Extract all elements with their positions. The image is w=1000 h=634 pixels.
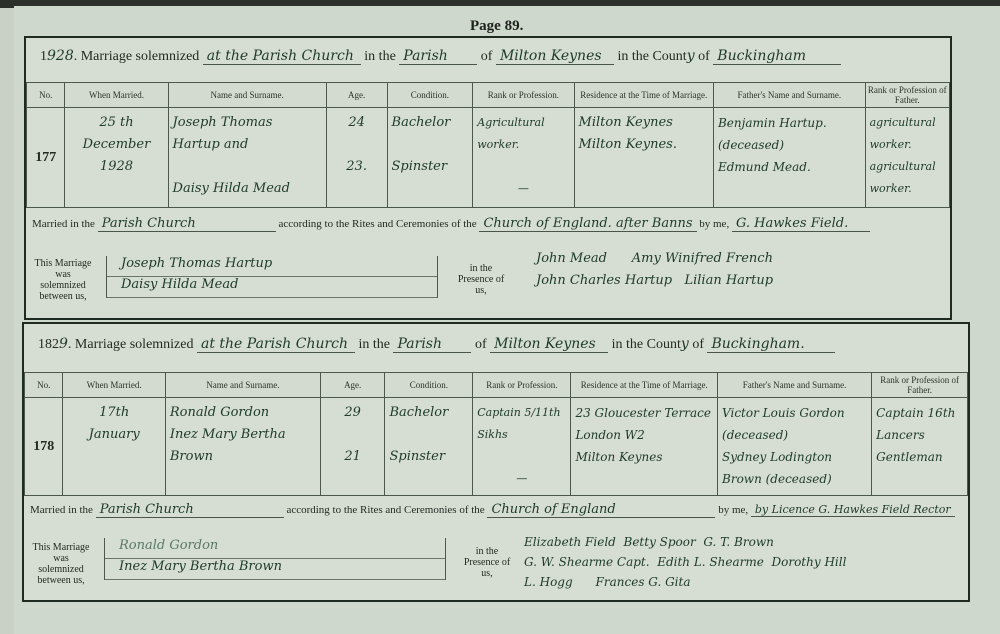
father-professions: Captain 16th Lancers Gentleman (872, 398, 968, 496)
names: Ronald Gordon Inez Mary Bertha Brown (165, 398, 320, 496)
witness: Elizabeth Field (524, 535, 616, 549)
label-by-me: by me, (699, 218, 729, 230)
witnesses: Elizabeth Field Betty Spoor G. T. Brown … (524, 532, 846, 592)
col-profession: Rank or Profession. (473, 83, 574, 108)
groom-age: 24 (331, 112, 383, 134)
month: December (69, 134, 163, 156)
witness: Frances G. Gita (596, 575, 691, 589)
county-suffix: y (681, 336, 689, 352)
professions: Agricultural worker. — (473, 108, 574, 208)
entry-header: 1829. Marriage solemnized at the Parish … (38, 336, 835, 353)
bride-name: Daisy Hilda Mead (173, 178, 322, 200)
witness: Dorothy Hill (772, 555, 847, 569)
groom-residence: 23 Gloucester Terrace London W2 (575, 402, 713, 446)
county-name: Buckingham. (707, 336, 835, 353)
label-in-the: in the (364, 49, 396, 64)
col-age: Age. (326, 83, 387, 108)
label-married-in: Married in the (30, 504, 93, 516)
groom-father-profession: Captain 16th Lancers (876, 402, 963, 446)
entry-header: 1928. Marriage solemnized at the Parish … (40, 48, 841, 65)
officiant: G. Hawkes Field. (732, 216, 870, 232)
bride-condition: Spinster (389, 446, 468, 468)
col-when: When Married. (63, 373, 165, 398)
residences: 23 Gloucester Terrace London W2 Milton K… (571, 398, 718, 496)
names: Joseph Thomas Hartup and Daisy Hilda Mea… (168, 108, 326, 208)
col-no: No. (25, 373, 63, 398)
page-number: Page 89. (470, 18, 523, 35)
bride-father-profession: agricultural worker. (870, 156, 945, 200)
marriage-entry-178: 1829. Marriage solemnized at the Parish … (22, 322, 970, 602)
officiant: by Licence G. Hawkes Field Rector (751, 503, 955, 517)
day: 25 th (69, 112, 163, 134)
label-by-me: by me, (718, 504, 748, 516)
label-of: of (481, 49, 493, 64)
couple-signatures: Ronald Gordon Inez Mary Bertha Brown (104, 538, 446, 580)
year-prefix: 182 (38, 337, 59, 352)
register-table: No. When Married. Name and Surname. Age.… (24, 372, 968, 496)
register-page: Page 89. 1928. Marriage solemnized at th… (14, 6, 1000, 634)
label-solemnized: Marriage solemnized (81, 49, 200, 64)
groom-father: Victor Louis Gordon (deceased) (722, 402, 867, 446)
rites: Church of England (487, 502, 715, 518)
father-professions: agricultural worker. agricultural worker… (865, 108, 949, 208)
county-suffix: y (687, 48, 695, 64)
col-profession: Rank or Profession. (473, 373, 571, 398)
witness: John Mead (536, 251, 607, 266)
bride-age: 21 (325, 446, 381, 468)
col-condition: Condition. (387, 83, 473, 108)
label-county: in the Count (617, 49, 686, 64)
day: 17th (67, 402, 160, 424)
residences: Milton Keynes Milton Keynes. (574, 108, 713, 208)
bride-residence: Milton Keynes (575, 446, 713, 468)
witness: G. W. Shearme Capt. (524, 555, 650, 569)
year-prefix: 1 (40, 49, 47, 64)
rites: Church of England. after Banns (479, 216, 696, 232)
bride-name: Inez Mary Bertha Brown (170, 424, 316, 468)
parish-type: Parish (399, 48, 477, 65)
entry-number: 178 (25, 398, 63, 496)
label-between: This Marriage was solemnized between us, (30, 542, 92, 586)
groom-signature: Joseph Thomas Hartup (107, 256, 437, 277)
conditions: Bachelor Spinster (385, 398, 473, 496)
col-name: Name and Surname. (168, 83, 326, 108)
witness: Lilian Hartup (684, 273, 773, 288)
label-county: in the Count (612, 337, 681, 352)
marriage-entry-177: 1928. Marriage solemnized at the Parish … (24, 36, 952, 320)
label-of2: of (698, 49, 710, 64)
register-table: No. When Married. Name and Surname. Age.… (26, 82, 950, 208)
witness: Betty Spoor (624, 535, 696, 549)
groom-condition: Bachelor (389, 402, 468, 424)
ceremony-line: Married in the Parish Church according t… (30, 502, 955, 518)
groom-name: Ronald Gordon (170, 402, 316, 424)
bride-signature: Inez Mary Bertha Brown (105, 559, 445, 580)
bride-profession: — (477, 178, 569, 200)
col-father: Father's Name and Surname. (718, 373, 872, 398)
married-in: Parish Church (98, 216, 276, 232)
entry-number: 177 (27, 108, 65, 208)
witnesses: John Mead Amy Winifred French John Charl… (536, 248, 773, 292)
bride-father-profession: Gentleman (876, 446, 963, 468)
groom-age: 29 (325, 402, 381, 424)
groom-name: Joseph Thomas Hartup and (173, 112, 322, 156)
bride-age: 23. (331, 156, 383, 178)
year-written: 928 (47, 48, 74, 64)
col-name: Name and Surname. (165, 373, 320, 398)
col-father-profession: Rank or Profession of Father. (865, 83, 949, 108)
place: at the Parish Church (197, 336, 355, 353)
label-between: This Marriage was solemnized between us, (32, 258, 94, 302)
groom-condition: Bachelor (392, 112, 469, 134)
table-row: 178 17th January Ronald Gordon Inez Mary… (25, 398, 968, 496)
bride-father: Sydney Lodington Brown (deceased) (722, 446, 867, 490)
col-when: When Married. (65, 83, 168, 108)
label-in-the: in the (358, 337, 390, 352)
bride-residence: Milton Keynes. (579, 134, 709, 156)
label-of2: of (692, 337, 704, 352)
year-written: 9 (59, 336, 68, 352)
bride-signature: Daisy Hilda Mead (107, 277, 437, 298)
col-condition: Condition. (385, 373, 473, 398)
label-presence: in the Presence of us, (462, 546, 512, 579)
ceremony-line: Married in the Parish Church according t… (32, 216, 870, 232)
witness: G. T. Brown (703, 535, 773, 549)
bride-profession: — (477, 468, 566, 490)
groom-father: Benjamin Hartup. (deceased) (718, 112, 861, 156)
witness: Amy Winifred French (632, 251, 773, 266)
ages: 24 23. (326, 108, 387, 208)
ages: 29 21 (320, 398, 385, 496)
col-no: No. (27, 83, 65, 108)
couple-signatures: Joseph Thomas Hartup Daisy Hilda Mead (106, 256, 438, 298)
professions: Captain 5/11th Sikhs — (473, 398, 571, 496)
table-row: 177 25 th December 1928 Joseph Thomas Ha… (27, 108, 950, 208)
groom-profession: Agricultural worker. (477, 112, 569, 156)
bride-father: Edmund Mead. (718, 156, 861, 178)
when-married: 17th January (63, 398, 165, 496)
witness: John Charles Hartup (536, 273, 672, 288)
label-married-in: Married in the (32, 218, 95, 230)
col-father: Father's Name and Surname. (713, 83, 865, 108)
fathers: Benjamin Hartup. (deceased) Edmund Mead. (713, 108, 865, 208)
label-solemnized: Marriage solemnized (75, 337, 194, 352)
col-age: Age. (320, 373, 385, 398)
label-rites: according to the Rites and Ceremonies of… (286, 504, 484, 516)
fathers: Victor Louis Gordon (deceased) Sydney Lo… (718, 398, 872, 496)
label-presence: in the Presence of us, (456, 263, 506, 296)
label-rites: according to the Rites and Ceremonies of… (278, 218, 476, 230)
groom-residence: Milton Keynes (579, 112, 709, 134)
groom-signature: Ronald Gordon (105, 538, 445, 559)
bride-condition: Spinster (392, 156, 469, 178)
county-name: Buckingham (713, 48, 841, 65)
groom-profession: Captain 5/11th Sikhs (477, 402, 566, 446)
year: 1928 (69, 156, 163, 178)
groom-father-profession: agricultural worker. (870, 112, 945, 156)
label-of: of (475, 337, 487, 352)
place: at the Parish Church (203, 48, 361, 65)
conditions: Bachelor Spinster (387, 108, 473, 208)
when-married: 25 th December 1928 (65, 108, 168, 208)
parish-name: Milton Keynes (490, 336, 608, 353)
married-in: Parish Church (96, 502, 284, 518)
month: January (67, 424, 160, 446)
parish-type: Parish (393, 336, 471, 353)
col-father-profession: Rank or Profession of Father. (872, 373, 968, 398)
col-residence: Residence at the Time of Marriage. (571, 373, 718, 398)
witness: L. Hogg (524, 575, 573, 589)
col-residence: Residence at the Time of Marriage. (574, 83, 713, 108)
parish-name: Milton Keynes (496, 48, 614, 65)
witness: Edith L. Shearme (657, 555, 764, 569)
